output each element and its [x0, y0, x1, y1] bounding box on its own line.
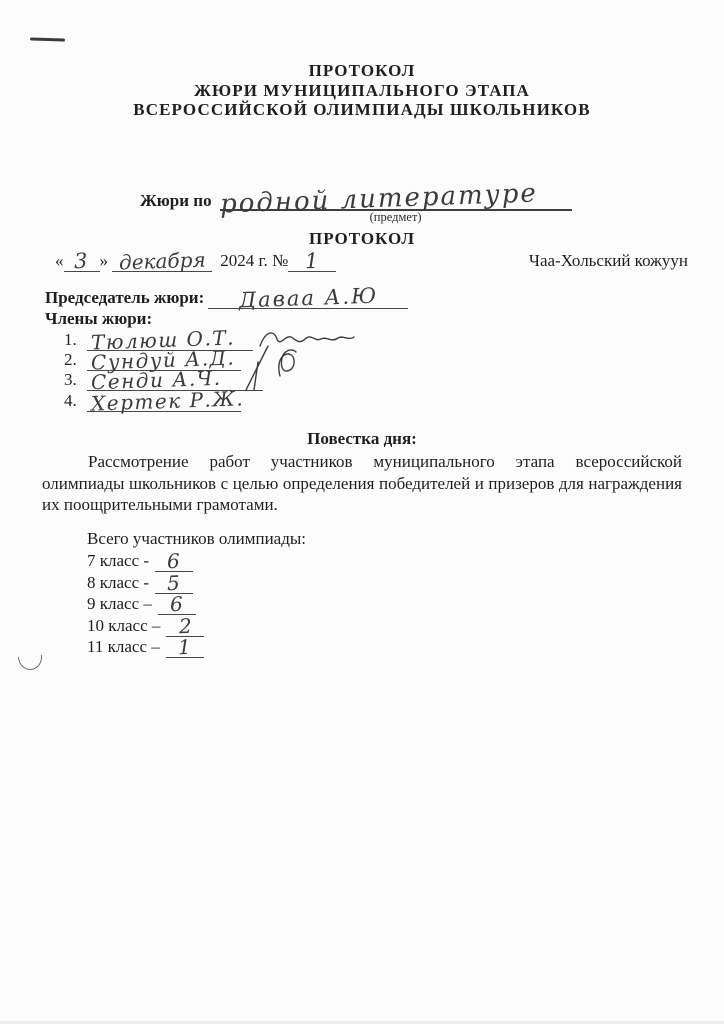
subject-blank-line: родной литературе(предмет) — [220, 183, 572, 211]
year-label: 2024 г. — [220, 251, 268, 270]
chairman-blank: Даваа А.Ю — [208, 288, 408, 309]
signature-scribble — [254, 326, 359, 352]
participant-row-9: 9 класс –6 — [87, 594, 204, 616]
title-line-2: ЖЮРИ МУНИЦИПАЛЬНОГО ЭТАПА — [0, 81, 724, 101]
month-handwritten: декабря — [118, 251, 205, 270]
count-handwritten: 6 — [170, 596, 184, 612]
number-handwritten: 1 — [305, 253, 320, 269]
date-line: Чаа-Хольский кожуун «3»декабря 2024 г. №… — [55, 251, 688, 272]
participant-row-7: 7 класс -6 — [87, 551, 204, 573]
participant-row-11: 11 класс –1 — [87, 637, 204, 659]
scanned-protocol-page: ПРОТОКОЛ ЖЮРИ МУНИЦИПАЛЬНОГО ЭТАПА ВСЕРО… — [0, 0, 724, 1024]
member-name-handwritten: Хертек Р.Ж. — [91, 391, 245, 411]
jury-subject-line: Жюри породной литературе(предмет) — [140, 183, 572, 211]
quote-open: « — [55, 251, 64, 270]
chairman-label: Председатель жюри: — [45, 288, 204, 307]
number-sign: № — [272, 251, 288, 270]
title-line-1: ПРОТОКОЛ — [0, 61, 724, 81]
count-handwritten: 2 — [178, 618, 192, 634]
participant-label: 8 класс - — [87, 573, 149, 592]
day-handwritten: 3 — [74, 253, 89, 269]
member-number: 3. — [64, 370, 87, 390]
member-name-blank: Хертек Р.Ж. — [87, 391, 241, 412]
count-blank: 6 — [155, 551, 193, 572]
chairman-name-handwritten: Даваа А.Ю — [238, 288, 378, 309]
count-handwritten: 1 — [178, 639, 192, 655]
agenda-heading: Повестка дня: — [0, 429, 724, 449]
count-blank: 2 — [166, 616, 204, 637]
subject-caption: (предмет) — [220, 210, 572, 225]
member-number: 1. — [64, 330, 87, 350]
stray-curve-mark — [17, 643, 44, 671]
agenda-body: Рассмотрение работ участников муниципаль… — [42, 451, 682, 516]
participant-label: 10 класс – — [87, 616, 160, 635]
month-blank: декабря — [112, 251, 212, 272]
count-blank: 1 — [166, 637, 204, 658]
participants-counts: 7 класс -6 8 класс -5 9 класс –6 10 клас… — [87, 551, 204, 659]
day-blank: 3 — [64, 251, 100, 272]
count-handwritten: 5 — [167, 574, 181, 590]
title-line-3: ВСЕРОССИЙСКОЙ ОЛИМПИАДЫ ШКОЛЬНИКОВ — [0, 100, 724, 120]
count-handwritten: 6 — [167, 553, 181, 569]
members-label: Члены жюри: — [45, 309, 152, 329]
member-number: 2. — [64, 350, 87, 370]
jury-members-list: 1.Тюлюш О.Т. 2.Сундуй А.Д. 3.Сенди А.Ч. … — [64, 330, 263, 411]
participant-label: 9 класс – — [87, 594, 152, 613]
stray-pen-mark — [30, 37, 65, 41]
quote-close: » — [100, 251, 109, 270]
protocol-heading: ПРОТОКОЛ — [0, 229, 724, 249]
chairman-line: Председатель жюри:Даваа А.Ю — [45, 288, 408, 309]
participant-label: 7 класс - — [87, 551, 149, 570]
document-title: ПРОТОКОЛ ЖЮРИ МУНИЦИПАЛЬНОГО ЭТАПА ВСЕРО… — [0, 61, 724, 120]
count-blank: 5 — [155, 573, 193, 594]
participants-heading: Всего участников олимпиады: — [87, 529, 306, 549]
region-label: Чаа-Хольский кожуун — [529, 251, 688, 271]
number-blank: 1 — [288, 251, 336, 272]
jury-label: Жюри по — [140, 191, 212, 210]
participant-row-8: 8 класс -5 — [87, 573, 204, 595]
member-number: 4. — [64, 391, 87, 411]
count-blank: 6 — [158, 594, 196, 615]
participant-label: 11 класс – — [87, 637, 160, 656]
date-left-group: «3»декабря 2024 г. №1 — [55, 251, 336, 270]
member-row-4: 4.Хертек Р.Ж. — [64, 391, 263, 411]
